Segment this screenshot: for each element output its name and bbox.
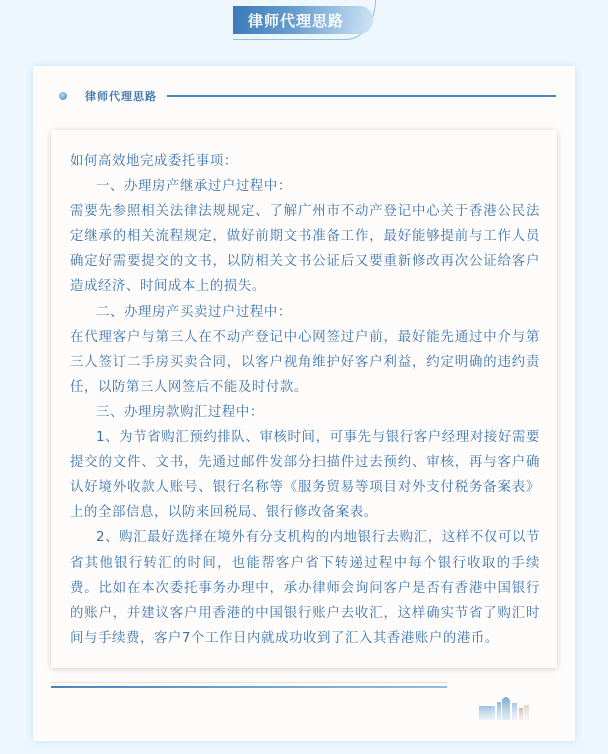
paragraph-sale: 在代理客户与第三人在不动产登记中心网签过户前，最好能先通过中介与第三人签订二手房… bbox=[70, 325, 540, 400]
text-panel: 如何高效地完成委托事项： 一、办理房产继承过户过程中： 需要先参照相关法律法规规… bbox=[51, 130, 557, 668]
section-header: 律师代理思路 bbox=[59, 88, 556, 104]
city-skyline-icon bbox=[479, 694, 539, 720]
section-divider bbox=[167, 95, 556, 97]
footer-divider bbox=[51, 686, 447, 688]
banner-title: 律师代理思路 bbox=[248, 10, 344, 31]
footer-divider-accent bbox=[51, 682, 447, 683]
heading-sale: 二、办理房产买卖过户过程中： bbox=[70, 300, 540, 325]
heading-exchange: 三、办理房款购汇过程中： bbox=[70, 400, 540, 425]
article-body: 如何高效地完成委托事项： 一、办理房产继承过户过程中： 需要先参照相关法律法规规… bbox=[70, 149, 540, 651]
paragraph-exchange-2: 2、购汇最好选择在境外有分支机构的内地银行去购汇，这样不仅可以节省其他银行转汇的… bbox=[70, 525, 540, 650]
dot-icon bbox=[59, 92, 67, 100]
paragraph-exchange-1: 1、为节省购汇预约排队、审核时间，可事先与银行客户经理对接好需要提交的文件、文书… bbox=[70, 425, 540, 525]
paragraph-intro: 如何高效地完成委托事项： bbox=[70, 149, 540, 174]
page-banner: 律师代理思路 bbox=[233, 6, 373, 34]
content-card: 律师代理思路 如何高效地完成委托事项： 一、办理房产继承过户过程中： 需要先参照… bbox=[33, 66, 575, 741]
section-title: 律师代理思路 bbox=[85, 88, 157, 104]
heading-inheritance: 一、办理房产继承过户过程中： bbox=[70, 174, 540, 199]
paragraph-inheritance: 需要先参照相关法律法规规定、了解广州市不动产登记中心关于香港公民法定继承的相关流… bbox=[70, 199, 540, 299]
